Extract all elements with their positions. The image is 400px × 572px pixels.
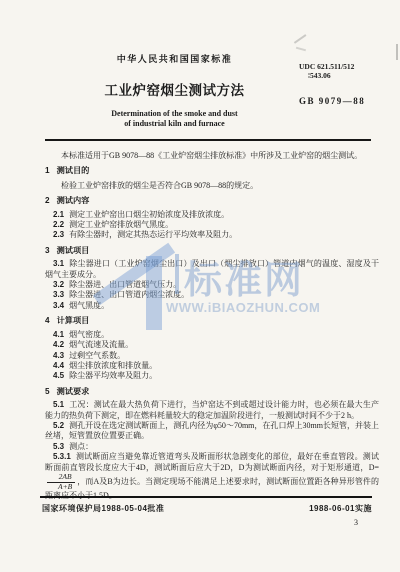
- udc-code: UDC 621.511/512 ∶543.06: [299, 62, 354, 80]
- clause-item: 4.2烟气流速及流量。: [45, 340, 379, 350]
- section-1-heading: 1测试目的: [45, 166, 379, 176]
- clause-text: 测定工业炉窑排放烟气黑度。: [69, 220, 173, 229]
- standard-title-chinese: 工业炉窑烟尘测试方法: [42, 79, 307, 99]
- intro-paragraph: 本标准适用于GB 9078—88《工业炉窑烟尘排放标准》中所涉及工业炉窑的烟尘测…: [45, 151, 379, 161]
- udc-code-line2: ∶543.06: [299, 71, 354, 80]
- clause-text: 工况：测试在最大热负荷下进行，当炉窑达不到或超过设计能力时，也必须在最大生产能力…: [45, 400, 379, 419]
- section-title: 计算项目: [57, 316, 90, 325]
- approval-authority-date: 国家环境保护局1988-05-04批准: [42, 503, 164, 514]
- section-5-heading: 5测试要求: [45, 387, 379, 397]
- clause-text: 有除尘器时，测定其热态运行平均效率及阻力。: [69, 230, 237, 239]
- clause-text: 测孔开设在选定测试断面上，测孔内径为φ50～70mm，在孔口焊上30mm长短管，…: [45, 421, 379, 440]
- clause-number: 2.2: [53, 220, 64, 229]
- clause-number: 4.5: [53, 371, 64, 380]
- clause-number: 3.3: [53, 290, 64, 299]
- clause-item: 4.5除尘器平均效率及阻力。: [45, 371, 379, 381]
- clause-number: 3.2: [53, 280, 64, 289]
- clause-text: 除尘器进口（工业炉窑烟尘出口）及出口（烟尘排放口）管道内烟气的温度、湿度及干烟气…: [45, 259, 379, 278]
- page-number: 3: [354, 518, 358, 527]
- clause-text: 烟尘排放浓度和排放量。: [69, 361, 157, 370]
- section-title: 测试要求: [57, 387, 90, 396]
- header-divider-rule: [45, 139, 371, 141]
- clause-number: 4.2: [53, 340, 64, 349]
- document-body: 本标准适用于GB 9078—88《工业炉窑烟尘排放标准》中所涉及工业炉窑的烟尘测…: [45, 147, 379, 502]
- clause-item: 4.4烟尘排放浓度和排放量。: [45, 361, 379, 371]
- clause-text: 测点：: [69, 442, 93, 451]
- clause-number: 5.2: [53, 421, 64, 430]
- clause-item: 2.3有除尘器时，测定其热态运行平均效率及阻力。: [45, 230, 379, 240]
- clause-item: 3.1除尘器进口（工业炉窑烟尘出口）及出口（烟尘排放口）管道内烟气的温度、湿度及…: [45, 259, 379, 280]
- udc-code-line1: UDC 621.511/512: [299, 62, 354, 71]
- clause-item: 3.2除尘器进、出口管道烟气压力。: [45, 280, 379, 290]
- clause-text: 除尘器进、出口管道内烟尘浓度。: [69, 290, 189, 299]
- standard-title-english-line1: Determination of the smoke and dust: [42, 109, 307, 119]
- section-number: 1: [45, 166, 50, 175]
- clause-text: 除尘器进、出口管道烟气压力。: [69, 280, 181, 289]
- scanned-standard-document-page: 中华人民共和国国家标准 工业炉窑烟尘测试方法 Determination of …: [0, 0, 400, 572]
- clause-number: 4.3: [53, 351, 64, 360]
- clause-number: 3.4: [53, 301, 64, 310]
- clause-number: 5.3.1: [53, 452, 71, 461]
- section-title: 测试项目: [57, 246, 90, 255]
- clause-number: 5.3: [53, 442, 64, 451]
- standard-title-english-line2: of industrial kiln and furnace: [42, 119, 307, 129]
- clause-item: 5.3测点：: [45, 442, 379, 452]
- footer-divider-rule: [40, 496, 372, 498]
- clause-number: 4.1: [53, 330, 64, 339]
- clause-text: 烟气流速及流量。: [69, 340, 133, 349]
- section-number: 3: [45, 246, 50, 255]
- clause-item: 5.1工况：测试在最大热负荷下进行，当炉窑达不到或超过设计能力时，也必须在最大生…: [45, 400, 379, 421]
- section-number: 5: [45, 387, 50, 396]
- fraction-formula: 2ABA+B: [47, 473, 75, 491]
- clause-item: 4.3过剩空气系数。: [45, 351, 379, 361]
- section-title: 测试目的: [57, 166, 90, 175]
- pencil-mark: [296, 47, 306, 51]
- clause-number: 3.1: [53, 259, 64, 268]
- section-number: 2: [45, 196, 50, 205]
- clause-item: 2.2测定工业炉窑排放烟气黑度。: [45, 220, 379, 230]
- document-header: 中华人民共和国国家标准 工业炉窑烟尘测试方法 Determination of …: [42, 52, 307, 129]
- clause-item: 3.3除尘器进、出口管道内烟尘浓度。: [45, 290, 379, 300]
- clause-text: 过剩空气系数。: [69, 351, 125, 360]
- clause-item-with-formula: 5.3.1测试断面应当避免靠近管道弯头及断面形状急剧变化的部位，最好在垂直管段。…: [45, 452, 379, 501]
- implementation-date: 1988-06-01实施: [309, 503, 372, 514]
- scan-edge-mark: [396, 44, 398, 60]
- clause-item: 2.1测定工业炉窑出口烟尘初始浓度及排放浓度。: [45, 210, 379, 220]
- clause-item: 4.1烟气密度。: [45, 330, 379, 340]
- clause-number: 2.3: [53, 230, 64, 239]
- section-number: 4: [45, 316, 50, 325]
- clause-item: 3.4烟气黑度。: [45, 301, 379, 311]
- clause-text-before-formula: 测试断面应当避免靠近管道弯头及断面形状急剧变化的部位，最好在垂直管段。测试断面前…: [45, 452, 379, 471]
- clause-text: 烟气黑度。: [69, 301, 109, 310]
- section-4-heading: 4计算项目: [45, 316, 379, 326]
- standard-number: GB 9079—88: [299, 96, 365, 106]
- section-title: 测试内容: [57, 196, 90, 205]
- clause-text: 除尘器平均效率及阻力。: [69, 371, 157, 380]
- clause-number: 5.1: [53, 400, 64, 409]
- clause-text: 烟气密度。: [69, 330, 109, 339]
- national-standard-label: 中华人民共和国国家标准: [42, 52, 307, 65]
- fraction-denominator: A+B: [47, 483, 75, 492]
- clause-number: 4.4: [53, 361, 64, 370]
- clause-text: 测定工业炉窑出口烟尘初始浓度及排放浓度。: [69, 210, 229, 219]
- section-1-paragraph: 检验工业炉窑排放的烟尘是否符合GB 9078—88的规定。: [45, 181, 379, 191]
- section-2-heading: 2测试内容: [45, 196, 379, 206]
- section-3-heading: 3测试项目: [45, 246, 379, 256]
- clause-item: 5.2测孔开设在选定测试断面上，测孔内径为φ50～70mm，在孔口焊上30mm长…: [45, 421, 379, 442]
- pencil-mark: [294, 34, 306, 43]
- clause-number: 2.1: [53, 210, 64, 219]
